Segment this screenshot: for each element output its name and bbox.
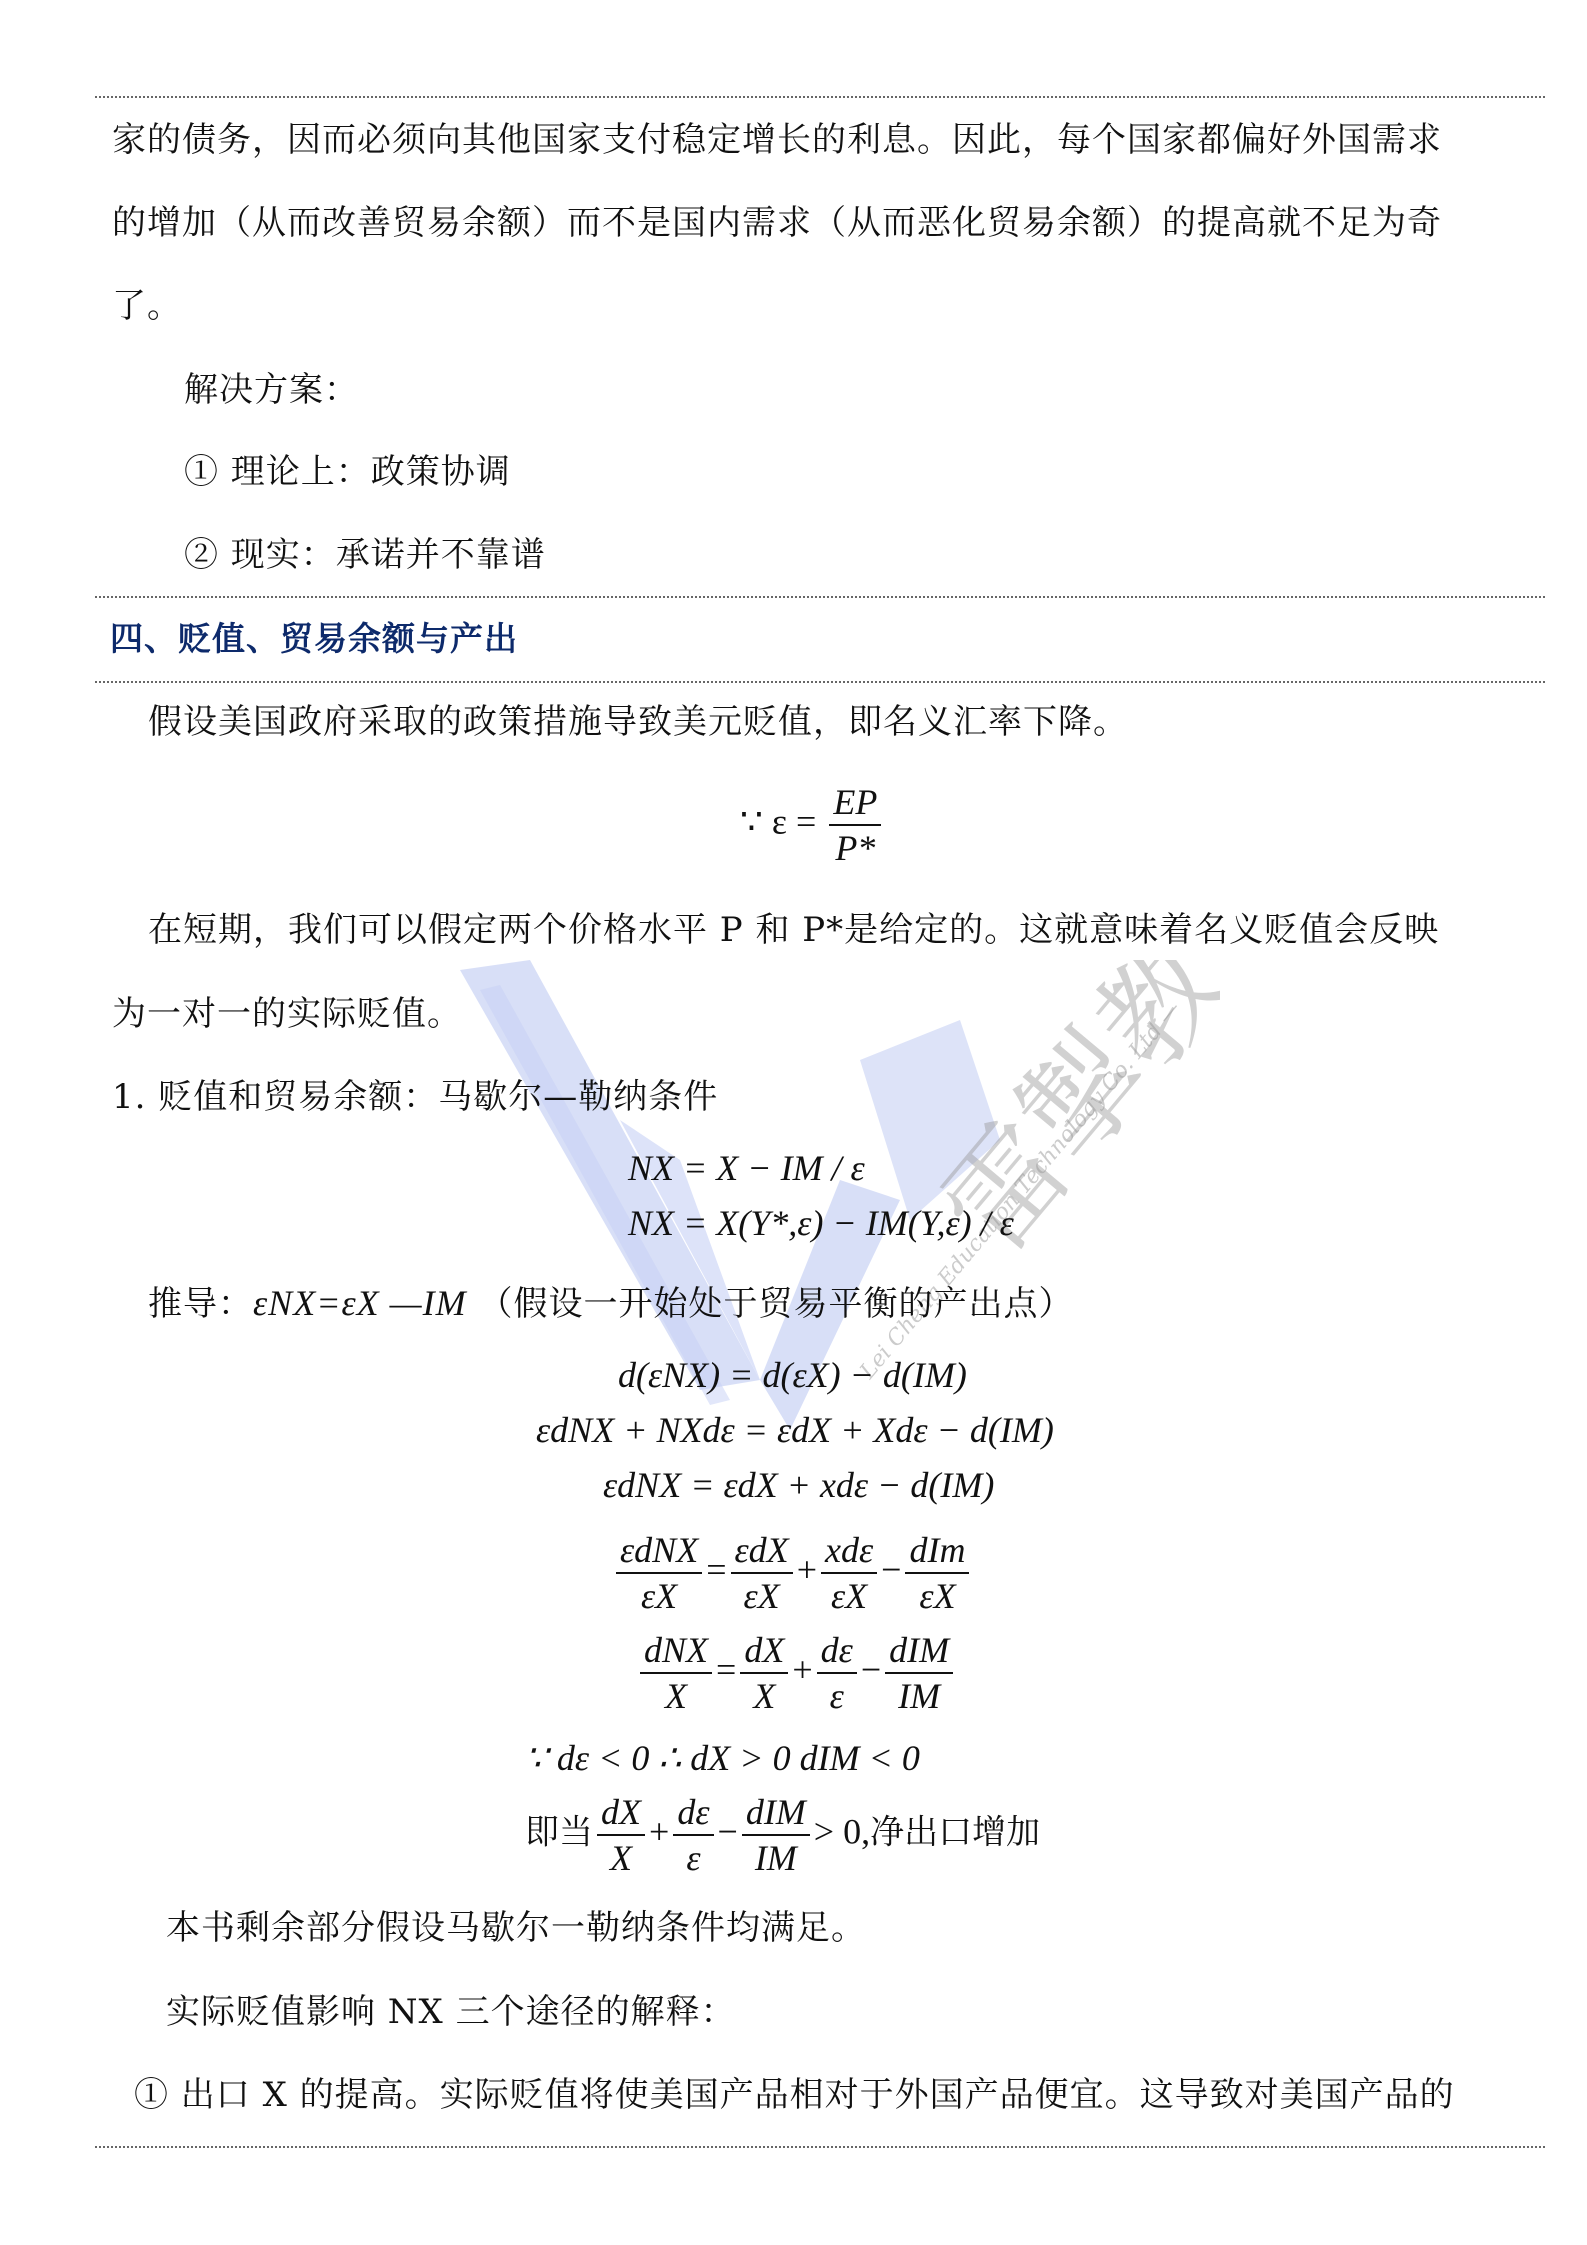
derivation-note: （假设一开始处于贸易平衡的产出点） <box>478 1284 1073 1324</box>
equation-fraction-1: εdNXεX=εdXεX+xdεεX−dImεX <box>612 1528 973 1618</box>
section-divider-bottom <box>95 681 1545 683</box>
channels-intro: 实际贬值影响 NX 三个途径的解释： <box>166 1992 736 2032</box>
equation-nx-2: NX = X(Y*,ε) − IM(Y,ε) / ε <box>628 1203 1014 1243</box>
section-heading: 四、贬值、贸易余额与产出 <box>110 619 518 659</box>
equation-result: 即当dXX+dεε−dIMIM> 0,净出口增加 <box>525 1790 1040 1880</box>
equation-d3: εdNX = εdX + xdε − d(IM) <box>603 1465 994 1505</box>
equation-d2: εdNX + NXdε = εdX + Xdε − d(IM) <box>536 1410 1054 1450</box>
svg-text:Lei Cheng Education Technology: Lei Cheng Education Technology Co. Ltd — <box>855 996 1186 1384</box>
derivation-line: 推导：εNX=εX —IM （假设一开始处于贸易平衡的产出点） <box>148 1283 1073 1324</box>
solution-item-2: ② 现实：承诺并不靠谱 <box>184 535 546 575</box>
subsection-title: 1. 贬值和贸易余额：马歇尔—勒纳条件 <box>112 1077 718 1117</box>
derivation-label: 推导： <box>148 1284 253 1324</box>
paragraph-line: 的增加（从而改善贸易余额）而不是国内需求（从而恶化贸易余额）的提高就不足为奇 <box>112 203 1442 243</box>
section-divider-top <box>95 596 1545 598</box>
equation-d1: d(εNX) = d(εX) − d(IM) <box>618 1355 967 1395</box>
paragraph-line: 为一对一的实际贬值。 <box>112 994 462 1034</box>
formula-real-exchange-rate: ∵ ε = EP P* <box>740 780 885 870</box>
bottom-divider <box>95 2146 1545 2148</box>
channel-item-1: ① 出口 X 的提高。实际贬值将使美国产品相对于外国产品便宜。这导致对美国产品的 <box>134 2075 1455 2115</box>
intro-text: 假设美国政府采取的政策措施导致美元贬值，即名义汇率下降。 <box>148 702 1128 742</box>
equation-nx-1: NX = X − IM / ε <box>628 1148 865 1188</box>
top-divider <box>95 96 1545 98</box>
paragraph-line: 在短期，我们可以假定两个价格水平 P 和 P*是给定的。这就意味着名义贬值会反映 <box>148 910 1439 950</box>
derivation-equation: εNX=εX —IM <box>253 1283 467 1323</box>
paragraph-line: 家的债务，因而必须向其他国家支付稳定增长的利息。因此，每个国家都偏好外国需求 <box>112 120 1442 160</box>
assumption-text: 本书剩余部分假设马歇尔一勒纳条件均满足。 <box>166 1908 866 1948</box>
paragraph-line: 了。 <box>112 286 182 326</box>
solution-item-1: ① 理论上：政策协调 <box>184 452 511 492</box>
solution-label: 解决方案： <box>184 370 359 410</box>
equation-fraction-2: dNXX=dXX+dεε−dIMIM <box>636 1628 957 1718</box>
equation-condition: ∵ dε < 0 ∴ dX > 0 dIM < 0 <box>525 1738 920 1778</box>
